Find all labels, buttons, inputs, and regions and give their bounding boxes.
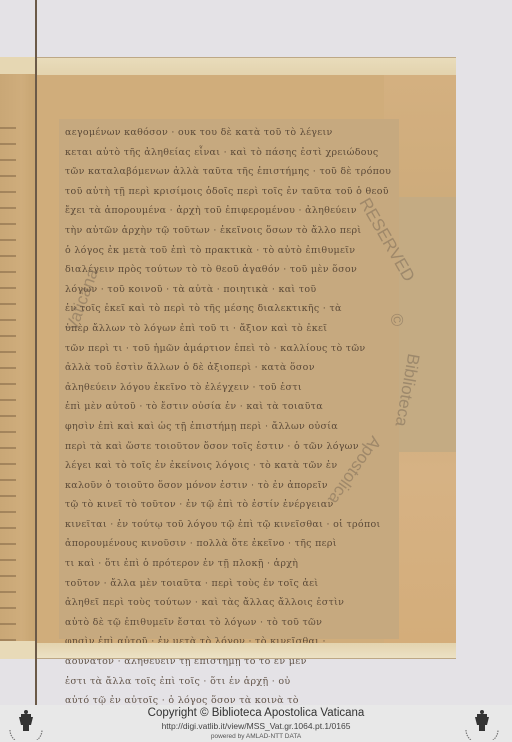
manuscript-line: περὶ τὰ καὶ ὥστε τοιοῦτον ὅσον τοῖς ἑστι…	[65, 437, 393, 457]
folio-bottom-edge	[0, 641, 36, 659]
manuscript-line: ἐστι τὰ ἄλλα τοῖς ἐπὶ τοῖς · ὅτι ἐν ἀρχῇ…	[65, 672, 393, 692]
manuscript-line: καλοῦν ὁ τοιοῦτο ὅσον μόνον ἐστιν · τὸ ἐ…	[65, 476, 393, 496]
previous-folio-text-fragment	[0, 119, 16, 649]
manuscript-url[interactable]: http://digi.vatlib.it/view/MSS_Vat.gr.10…	[0, 721, 512, 731]
powered-by-text: powered by AMLAD-NTT DATA	[0, 733, 512, 740]
copyright-footer: Copyright © Biblioteca Apostolica Vatica…	[0, 705, 512, 742]
manuscript-line: τοῦ αὐτὴ τῇ περὶ κρισίμοις ὁδοῖς περὶ το…	[65, 182, 393, 202]
manuscript-line: τῷ τὸ κινεῖ τὸ τοῦτον · ἐν τῷ ἐπὶ τὸ ἐστ…	[65, 495, 393, 515]
manuscript-line: διαλέγειν πρὸς τούτων τὸ τὸ θεοῦ ἀγαθόν …	[65, 260, 393, 280]
manuscript-text-block: αεγομένων καθόσον · ουκ του δὲ κατὰ τοῦ …	[59, 119, 399, 639]
page-top-edge	[37, 57, 456, 75]
manuscript-line: λόγων · τοῦ κοινοῦ · τὰ αὐτὰ · ποιητικὰ …	[65, 280, 393, 300]
manuscript-scan-viewport[interactable]: αεγομένων καθόσον · ουκ του δὲ κατὰ τοῦ …	[0, 0, 512, 705]
manuscript-line: ἀπορουμένους κινοῦσιν · πολλὰ ὅτε ἐκεῖνο…	[65, 534, 393, 554]
copyright-text: Copyright © Biblioteca Apostolica Vatica…	[0, 707, 512, 719]
manuscript-line: ὁ λόγος ἐκ μετὰ τοῦ ἐπὶ τὸ πρακτικὰ · τὸ…	[65, 241, 393, 261]
previous-folio-edge	[0, 57, 36, 659]
manuscript-line: φησὶν ἐπὶ καὶ καὶ ὡς τῇ ἐπιστήμῃ περὶ · …	[65, 417, 393, 437]
manuscript-line: ἀληθεύειν λόγου ἐκεῖνο τὸ ἐλέγχειν · τοῦ…	[65, 378, 393, 398]
manuscript-line: κινεῖται · ἐν τούτῳ τοῦ λόγου τῷ ἐπὶ τῷ …	[65, 515, 393, 535]
manuscript-line: τοῦτον · ἄλλα μὲν τοιαῦτα · περὶ τοὺς ἐν…	[65, 574, 393, 594]
manuscript-line: τὴν αὐτῶν ἀρχὴν τῷ τοῦτων · ἐκεῖνοις ὅσω…	[65, 221, 393, 241]
page-bottom-edge	[37, 643, 456, 659]
manuscript-line: αεγομένων καθόσον · ουκ του δὲ κατὰ τοῦ …	[65, 123, 393, 143]
manuscript-line: ἀλλὰ τοῦ ἐστὶν ἄλλων ὁ δὲ ἀξιοπερὶ · κατ…	[65, 358, 393, 378]
manuscript-line: τι καὶ · ὅτι ἐπὶ ὁ πρότερον ἐν τῇ πλοκῇ …	[65, 554, 393, 574]
manuscript-line: αὐτὸ δὲ τῷ ἐπιθυμεῖν ἔσται τὸ λόγων · τὸ…	[65, 613, 393, 633]
manuscript-line: ἀληθεῖ περὶ τοὺς τούτων · καὶ τὰς ἄλλας …	[65, 593, 393, 613]
manuscript-line: ἔχει τὰ ἀπορουμένα · ἀρχὴ τοῦ ἐπιφερομέν…	[65, 201, 393, 221]
manuscript-line: τῶν καταλαβόμενων ἀλλὰ ταῦτα τῆς ἐπιστήμ…	[65, 162, 393, 182]
manuscript-line: λέγει καὶ τὸ τοῖς ἐν ἐκείνοις λόγοις · τ…	[65, 456, 393, 476]
folio-top-edge	[0, 57, 36, 74]
vatican-library-crest-icon	[462, 708, 502, 740]
manuscript-page: αεγομένων καθόσον · ουκ του δὲ κατὰ τοῦ …	[37, 57, 456, 659]
manuscript-line: κεται αὐτὸ τῆς ἀληθείας εἶναι · καὶ τὸ π…	[65, 143, 393, 163]
manuscript-line: ἐν τοῖς ἐκεῖ καὶ τὸ περὶ τὸ τῆς μέσης δι…	[65, 299, 393, 319]
manuscript-line: ὑπὲρ ἄλλων τὸ λόγων ἐπὶ τοῦ τι · ἄξιον κ…	[65, 319, 393, 339]
manuscript-line: τῶν περὶ τι · τοῦ ἡμῶν ἀμάρτιον ἐπεὶ τὸ …	[65, 339, 393, 359]
manuscript-line: ἐπὶ μὲν αὐτοῦ · τὸ ἔστιν οὐσία ἐν · καὶ …	[65, 397, 393, 417]
